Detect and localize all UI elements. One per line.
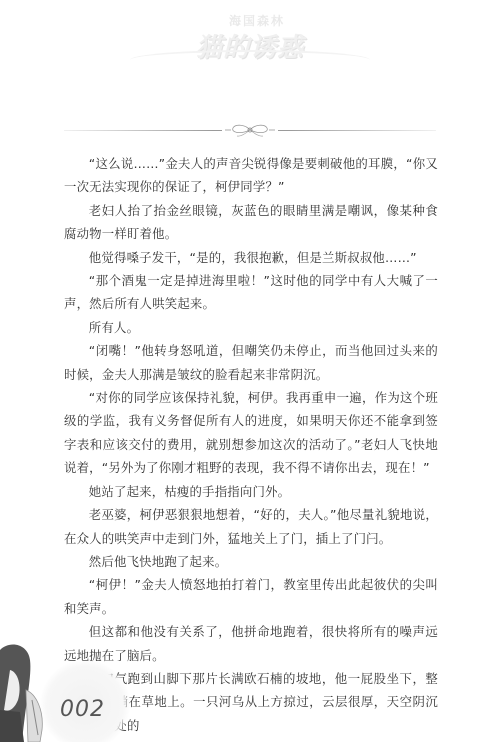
paragraph: 但这都和他没有关系了，他拼命地跑着，很快将所有的噪声远远地抛在了脑后。 bbox=[64, 620, 438, 667]
paragraph: 老妇人抬了抬金丝眼镜，灰蓝色的眼睛里满是嘲讽，像某种食腐动物一样盯着他。 bbox=[64, 199, 438, 246]
paragraph: 他觉得嗓子发干，“是的，我很抱歉，但是兰斯叔叔他……” bbox=[64, 246, 438, 269]
paragraph: “对你的同学应该保持礼貌，柯伊。我再重申一遍，作为这个班级的学监，我有义务督促所… bbox=[64, 386, 438, 480]
paragraph: “闭嘴！”他转身怒吼道，但嘲笑仍未停止，而当他回过头来的时候，金夫人那满是皱纹的… bbox=[64, 339, 438, 386]
paragraph: 然后他飞快地跑了起来。 bbox=[64, 550, 438, 573]
paragraph: “柯伊！”金夫人愤怒地拍打着门，教室里传出此起彼伏的尖叫和笑声。 bbox=[64, 573, 438, 620]
body-text: “这么说……”金夫人的声音尖锐得像是要刺破他的耳膜，“你又一次无法实现你的保证了… bbox=[64, 152, 438, 737]
paragraph: “这么说……”金夫人的声音尖锐得像是要刺破他的耳膜，“你又一次无法实现你的保证了… bbox=[64, 152, 438, 199]
paragraph: 她站了起来，枯瘦的手指指向门外。 bbox=[64, 480, 438, 503]
paragraph: “那个酒鬼一定是掉进海里啦！”这时他的同学中有人大喊了一声，然后所有人哄笑起来。 bbox=[64, 269, 438, 316]
paragraph: 老巫婆，柯伊恶狠狠地想着，“好的，夫人。”他尽量礼貌地说，在众人的哄笑声中走到门… bbox=[64, 503, 438, 550]
bow-ornament-icon bbox=[222, 121, 278, 139]
paragraph: 所有人。 bbox=[64, 316, 438, 339]
logo-swoosh-decoration bbox=[130, 50, 370, 70]
page-number: 002 bbox=[60, 697, 105, 722]
illustration-girl-icon bbox=[0, 640, 60, 742]
